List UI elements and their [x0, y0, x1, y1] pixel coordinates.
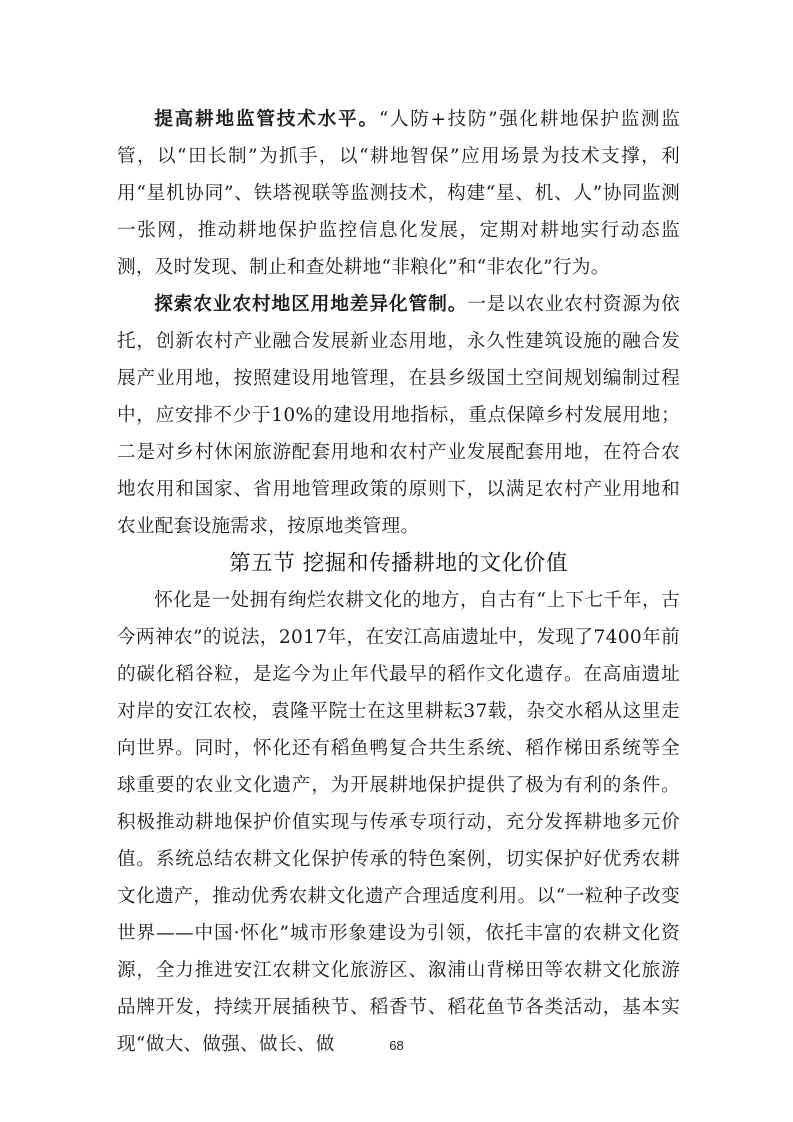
- paragraph-differentiated-land-use: 探索农业农村地区用地差异化管制。一是以农业农村资源为依托，创新农村产业融合发展新…: [117, 286, 680, 545]
- paragraph-lead-heading: 探索农业农村地区用地差异化管制。: [154, 294, 467, 315]
- paragraph-cultural-value: 怀化是一处拥有绚烂农耕文化的地方，自古有“上下七千年，古今两神农”的说法，201…: [117, 582, 680, 1063]
- paragraph-body: “人防+技防”强化耕地保护监测监管，以“田长制”为抓手，以“耕地智保”应用场景为…: [117, 109, 680, 278]
- paragraph-body: 一是以农业农村资源为依托，创新农村产业融合发展新业态用地，永久性建筑设施的融合发…: [117, 294, 680, 537]
- page-number: 68: [0, 1038, 793, 1053]
- paragraph-lead-heading: 提高耕地监管技术水平。: [154, 109, 379, 130]
- paragraph-farmland-supervision: 提高耕地监管技术水平。“人防+技防”强化耕地保护监测监管，以“田长制”为抓手，以…: [117, 101, 680, 286]
- section-heading: 第五节 挖掘和传播耕地的文化价值: [117, 545, 680, 582]
- document-page: 提高耕地监管技术水平。“人防+技防”强化耕地保护监测监管，以“田长制”为抓手，以…: [117, 101, 680, 1063]
